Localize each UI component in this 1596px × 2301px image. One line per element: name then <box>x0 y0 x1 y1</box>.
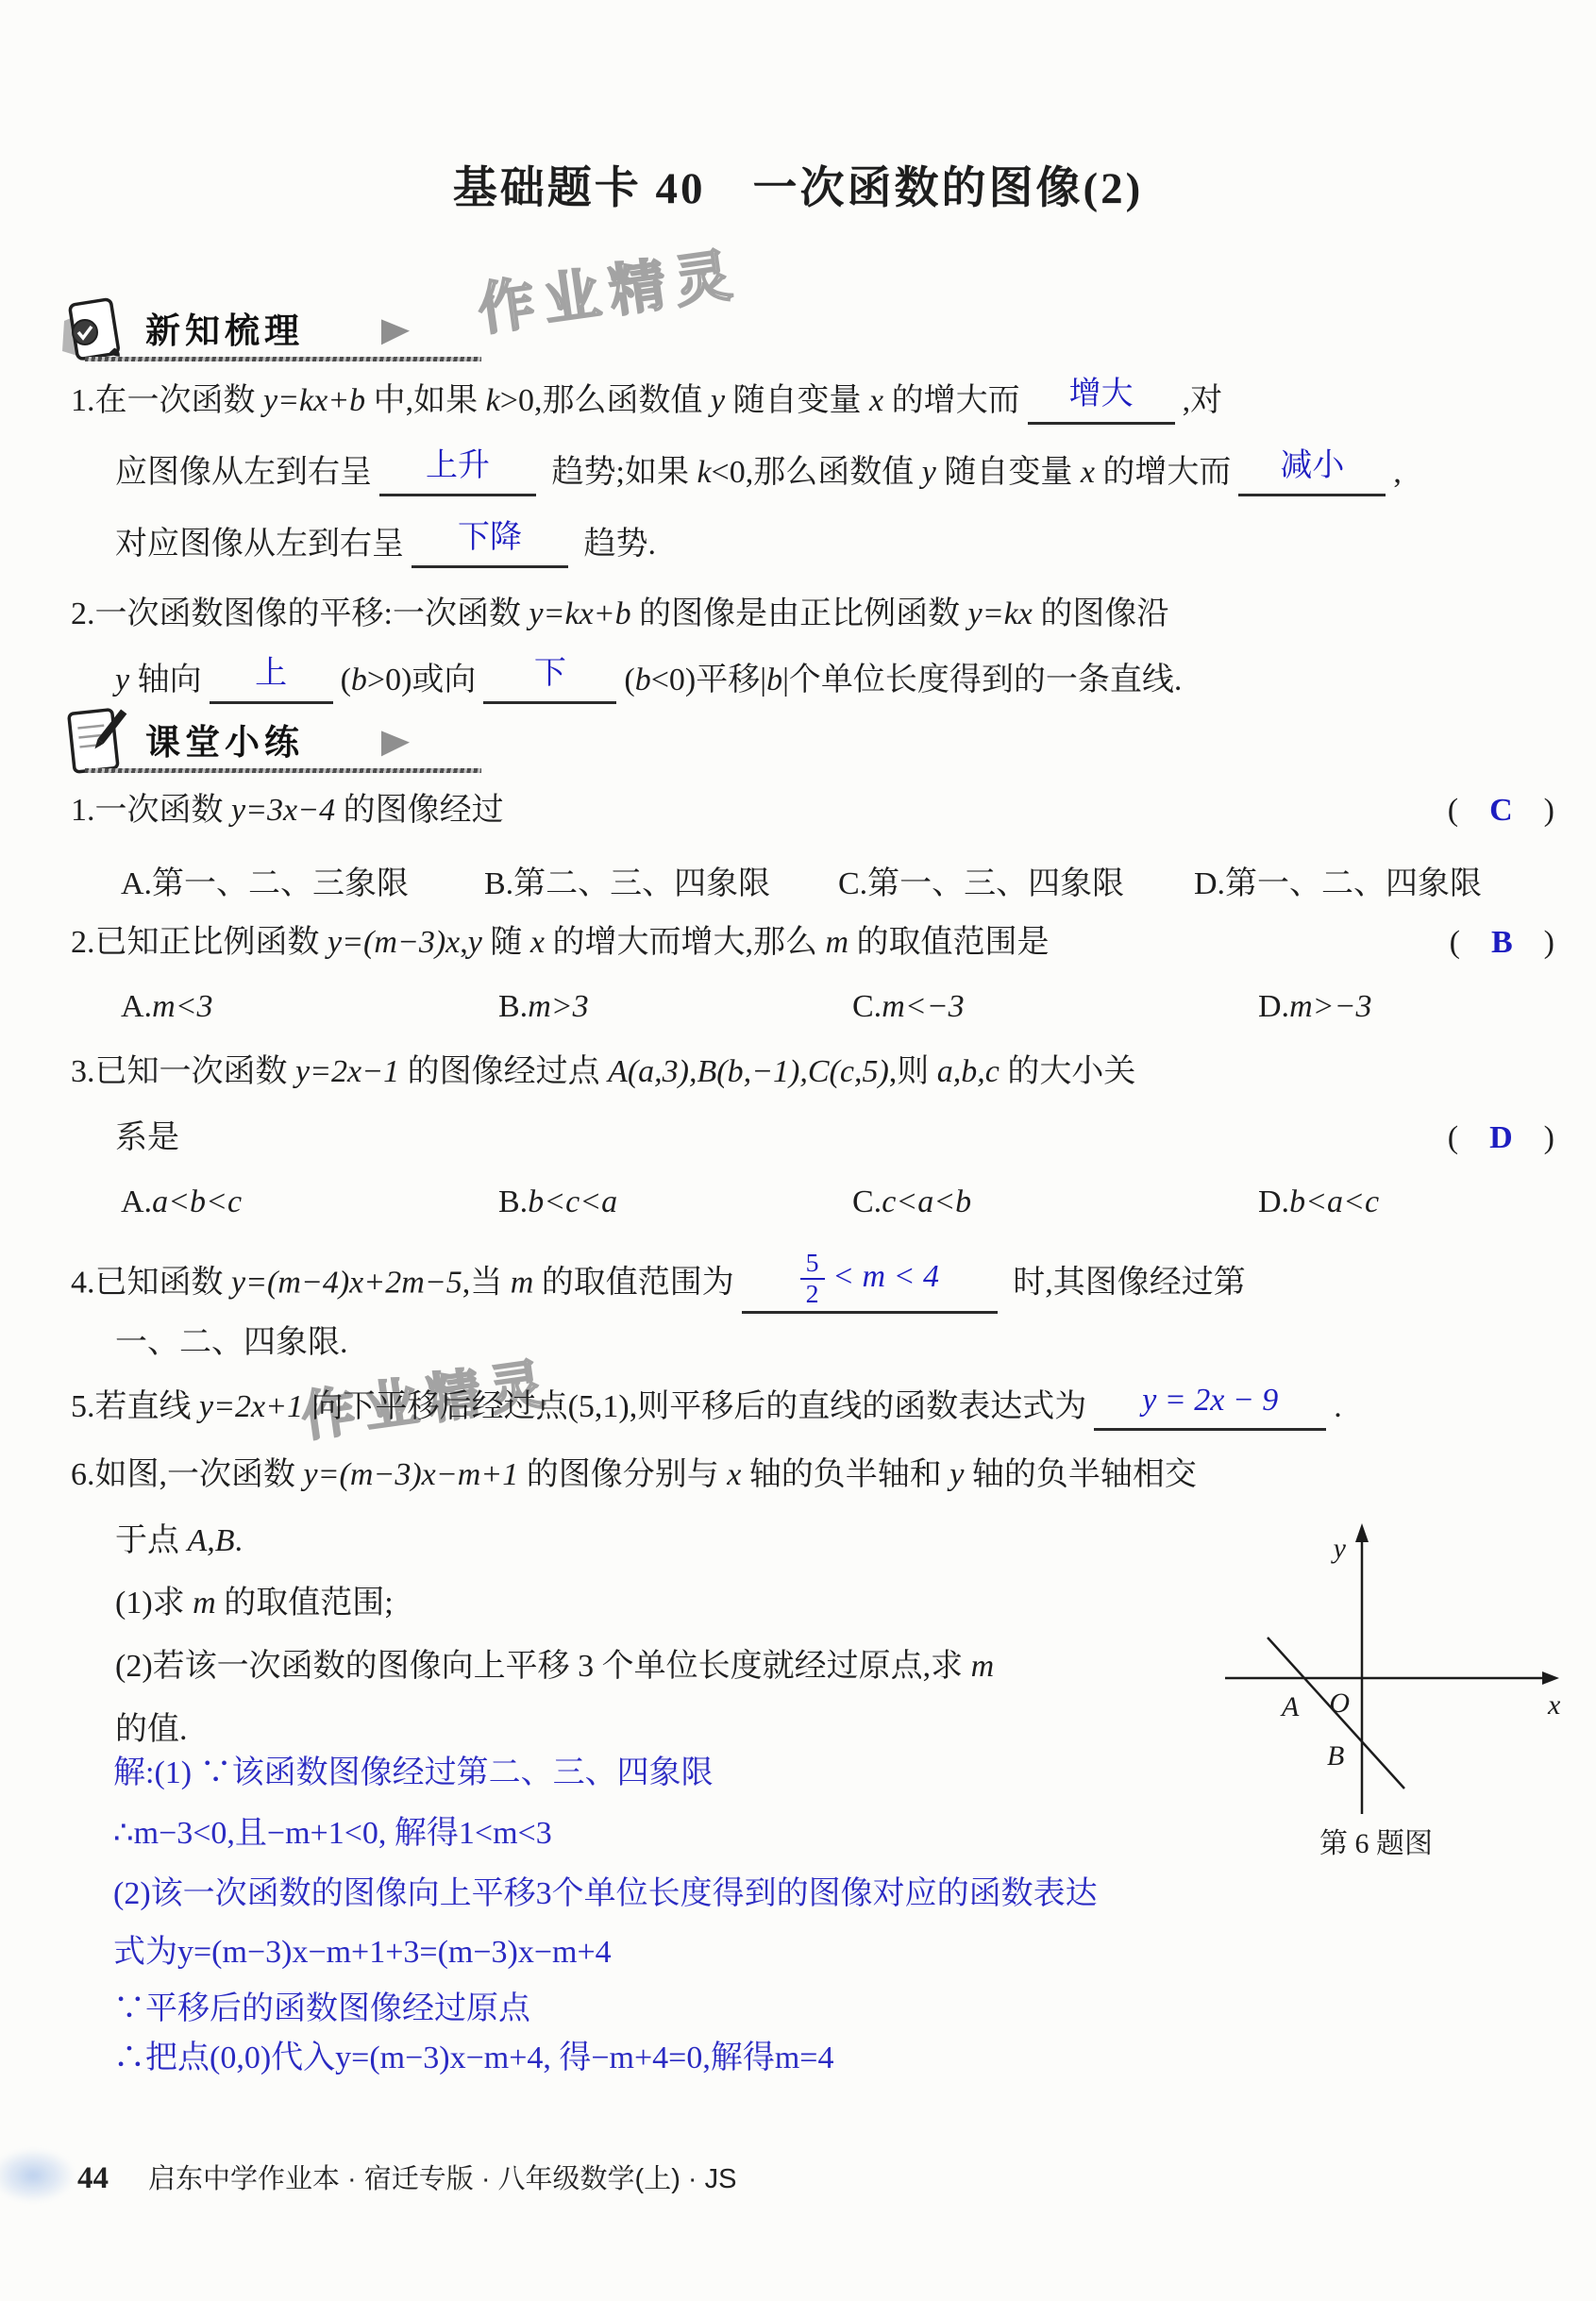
option-a: A.m<3 <box>121 989 213 1025</box>
question-2-stem: 2.已知正比例函数 y=(m−3)x,y 随 x 的增大而增大,那么 m 的取值… <box>71 923 1554 964</box>
solution-line-4: 式为y=(m−3)x−m+1+3=(m−3)x−m+4 <box>113 1933 1208 1973</box>
option-a: A.a<b<c <box>121 1184 242 1220</box>
answer-badge-q2: (B) <box>1450 923 1554 964</box>
question-5-line-1: 5.若直线 y=2x+1 向下平移后经过点(5,1),则平移后的直线的函数表达式… <box>71 1387 1554 1431</box>
answer-letter: D <box>1489 1120 1513 1155</box>
question-3-line-1: 3.已知一次函数 y=2x−1 的图像经过点 A(a,3),B(b,−1),C(… <box>71 1052 1554 1093</box>
function-graph: y x O A B <box>1216 1520 1574 1822</box>
section-underline <box>85 357 481 361</box>
solution-line-2: ∴m−3<0,且−m+1<0, 解得1<m<3 <box>113 1814 1208 1855</box>
option-d: D.第一、二、四象限 <box>1194 857 1482 903</box>
question-2-text: 2.已知正比例函数 y=(m−3)x,y 随 x 的增大而增大,那么 m 的取值… <box>71 925 1050 960</box>
page-title: 基础题卡 40 一次函数的图像(2) <box>0 153 1596 216</box>
question-2-options: A.m<3 B.m>3 C.m<−3 D.m>−3 <box>121 989 1554 1034</box>
knowledge-1-line-1: 1.在一次函数 y=kx+b 中,如果 k>0,那么函数值 y 随自变量 x 的… <box>71 381 1554 425</box>
knowledge-2-line-2: y 轴向上(b>0)或向下(b<0)平移|b|个单位长度得到的一条直线. <box>115 661 1554 704</box>
x-axis-arrow <box>1542 1671 1559 1685</box>
question-6-part-1: (1)求 m 的取值范围; <box>115 1584 394 1624</box>
footer-text: 启东中学作业本 · 宿迁专版 · 八年级数学(上) · JS <box>148 2164 736 2194</box>
section-label: 课堂小练 <box>145 714 304 764</box>
question-3-line-2: 系是 (D) <box>115 1118 1554 1159</box>
solution-line-1: 解:(1) ∵该函数图像经过第二、三、四象限 <box>113 1754 1208 1794</box>
option-c: C.c<a<b <box>852 1184 971 1220</box>
option-b: B.b<c<a <box>498 1184 617 1220</box>
footer-smudge <box>0 2148 76 2203</box>
workbook-page: 基础题卡 40 一次函数的图像(2) 作业精灵 作业精灵 新知梳理 1.在一次函… <box>0 0 1596 2301</box>
knowledge-1-line-2: 应图像从左到右呈上升 趋势;如果 k<0,那么函数值 y 随自变量 x 的增大而… <box>115 453 1554 496</box>
notebook-check-icon <box>59 293 128 366</box>
question-1-stem: 1.一次函数 y=3x−4 的图像经过 (C) <box>71 791 1554 831</box>
question-1-text: 1.一次函数 y=3x−4 的图像经过 <box>71 793 504 828</box>
option-b: B.m>3 <box>498 989 589 1025</box>
answer-letter: B <box>1491 925 1513 960</box>
x-axis-label: x <box>1547 1689 1561 1721</box>
option-d: D.m>−3 <box>1258 989 1372 1025</box>
section-header-knowledge: 新知梳理 <box>59 293 530 372</box>
point-a-label: A <box>1280 1691 1300 1722</box>
section-triangle-icon <box>381 731 410 759</box>
solution-line-6: ∴把点(0,0)代入y=(m−3)x−m+4, 得−m+4=0,解得m=4 <box>113 2039 1208 2079</box>
question-6-part-2: (2)若该一次函数的图像向上平移 3 个单位长度就经过原点,求 m <box>115 1647 1191 1688</box>
answer-badge-q1: (C) <box>1448 791 1554 831</box>
question-1-options: A.第一、二、三象限 B.第二、三、四象限 C.第一、三、四象限 D.第一、二、… <box>121 857 1554 902</box>
knowledge-2-line-1: 2.一次函数图像的平移:一次函数 y=kx+b 的图像是由正比例函数 y=kx … <box>71 595 1554 635</box>
option-a: A.第一、二、三象限 <box>121 857 409 903</box>
section-triangle-icon <box>381 319 410 347</box>
knowledge-1-line-3: 对应图像从左到右呈下降 趋势. <box>115 525 1554 568</box>
footer: 44启东中学作业本 · 宿迁专版 · 八年级数学(上) · JS <box>77 2158 736 2196</box>
y-axis-arrow <box>1355 1523 1369 1542</box>
question-3-text: 系是 <box>115 1120 179 1155</box>
question-3-options: A.a<b<c B.b<c<a C.c<a<b D.b<a<c <box>121 1184 1554 1230</box>
section-label: 新知梳理 <box>145 302 304 353</box>
option-b: B.第二、三、四象限 <box>484 857 770 903</box>
figure-caption: 第 6 题图 <box>1216 1820 1537 1861</box>
solution-line-3: (2)该一次函数的图像向上平移3个单位长度得到的图像对应的函数表达 <box>113 1874 1208 1915</box>
question-4-line-2: 一、二、四象限. <box>115 1323 1554 1364</box>
answer-letter: C <box>1489 793 1513 828</box>
option-c: C.m<−3 <box>852 989 965 1025</box>
section-underline <box>85 768 481 773</box>
question-6-line-1: 6.如图,一次函数 y=(m−3)x−m+1 的图像分别与 x 轴的负半轴和 y… <box>71 1455 1554 1496</box>
origin-label: O <box>1329 1688 1350 1719</box>
section-header-practice: 课堂小练 <box>59 704 530 783</box>
question-4-line-1: 4.已知函数 y=(m−4)x+2m−5,当 m 的取值范围为52 < m < … <box>71 1251 1554 1314</box>
question-6-part-2-cont: 的值. <box>115 1710 188 1751</box>
point-b-label: B <box>1327 1740 1344 1772</box>
answer-badge-q3: (D) <box>1448 1118 1554 1159</box>
y-axis-label: y <box>1331 1533 1347 1564</box>
page-number: 44 <box>77 2161 109 2195</box>
option-d: D.b<a<c <box>1258 1184 1379 1220</box>
question-6-line-2: 于点 A,B. <box>115 1521 243 1562</box>
solution-line-5: ∵平移后的函数图像经过原点 <box>113 1990 1208 2030</box>
option-c: C.第一、三、四象限 <box>838 857 1124 903</box>
